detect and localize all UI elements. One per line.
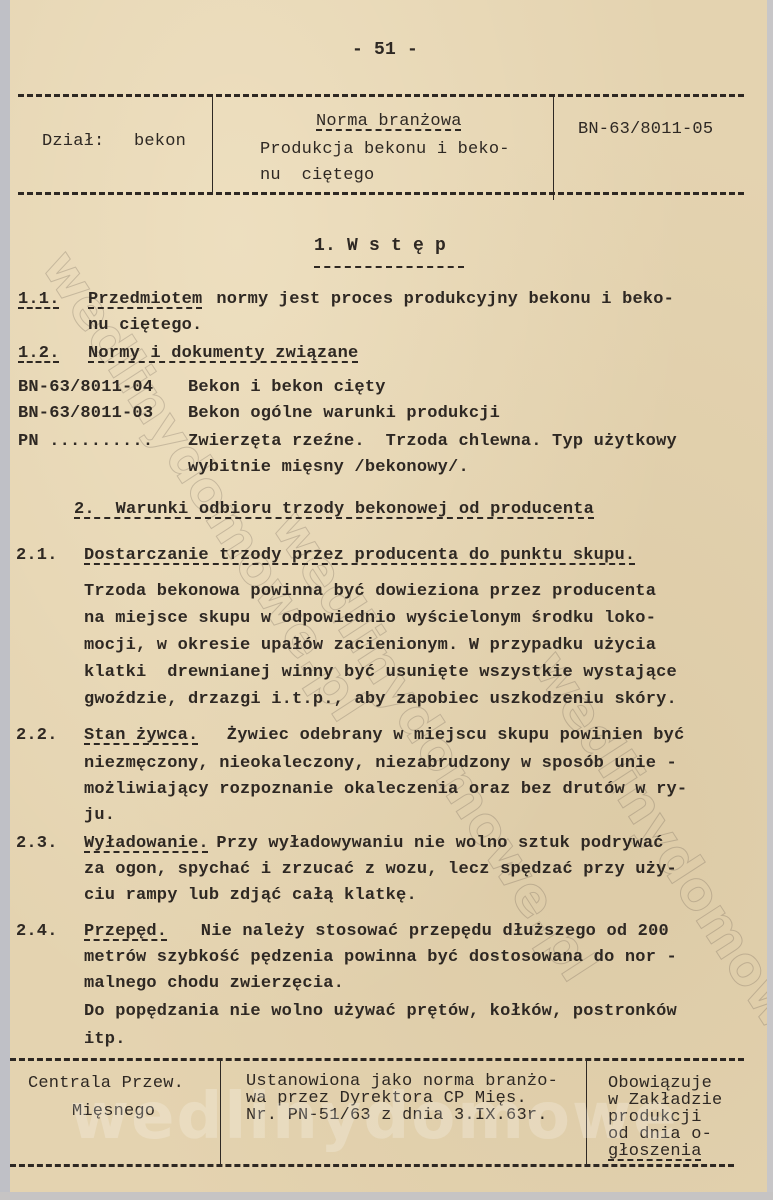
header-divider: [553, 94, 554, 200]
item-2-1-text: klatki drewnianej winny być usunięte wsz…: [84, 663, 677, 683]
footer-divider: [220, 1058, 221, 1164]
item-2-1-title: Dostarczanie trzody przez producenta do …: [84, 546, 635, 566]
scan-edge-right: [767, 0, 773, 1200]
item-2-2-text: Żywiec odebrany w miejscu skupu powinien…: [206, 726, 684, 746]
item-2-1-text: na miejsce skupu w odpowiednio wyścielon…: [84, 609, 656, 629]
established-line: wa przez Dyrektora CP Mięs.: [246, 1091, 527, 1107]
footer-divider: [586, 1058, 587, 1164]
section-1-heading-underline: [314, 266, 464, 268]
item-1-1-lead: Przedmiotem: [88, 290, 202, 310]
section-1-heading: 1. W s t ę p: [314, 236, 446, 256]
item-1-2-number: 1.2.: [18, 344, 60, 364]
item-1-1-text: normy jest proces produkcyjny bekonu i b…: [206, 290, 674, 310]
header-bottom-rule: [18, 192, 744, 195]
item-2-4-text: Do popędzania nie wolno używać prętów, k…: [84, 1002, 677, 1022]
item-2-3-text: za ogon, spychać i zrzucać z wozu, lecz …: [84, 860, 677, 880]
item-2-4-title: Przepęd.: [84, 922, 167, 942]
diagonal-watermark: wedlinydomowe.pl: [30, 240, 379, 732]
footer-top-rule: [10, 1058, 744, 1061]
header-divider: [212, 94, 213, 194]
section-2-heading: 2. Warunki odbioru trzody bekonowej od p…: [74, 500, 594, 520]
item-2-1-text: mocji, w okresie upałów zacienionym. W p…: [84, 636, 656, 656]
item-2-4-text: metrów szybkość pędzenia powinna być dos…: [84, 948, 677, 968]
item-1-1-number: 1.1.: [18, 290, 60, 310]
footer-bottom-rule: [10, 1164, 734, 1167]
item-2-2-text: niezmęczony, nieokaleczony, niezabrudzon…: [84, 754, 677, 774]
norm-code: BN-63/8011-05: [578, 120, 713, 140]
issuer-line2: Mięsnego: [72, 1102, 155, 1122]
effective-line: Obowiązuje: [608, 1076, 712, 1092]
related-doc-code: BN-63/8011-04: [18, 378, 153, 398]
item-2-3-title: Wyładowanie.: [84, 834, 209, 854]
effective-line: od dnia o-: [608, 1127, 712, 1143]
norm-title-line2: nu ciętego: [260, 166, 374, 186]
issuer-line1: Centrala Przew.: [28, 1074, 184, 1094]
department-value: bekon: [134, 132, 186, 152]
item-2-3-text: Przy wyładowywaniu nie wolno sztuk podry…: [206, 834, 664, 854]
scan-edge-left: [0, 0, 10, 1200]
item-2-3-number: 2.3.: [16, 834, 58, 854]
norm-type: Norma branżowa: [316, 112, 462, 132]
item-1-2-title: Normy i dokumenty związane: [88, 344, 358, 364]
effective-line: w Zakładzie: [608, 1093, 722, 1109]
related-doc-desc: Bekon i bekon cięty: [188, 378, 386, 398]
item-2-2-number: 2.2.: [16, 726, 58, 746]
related-doc-desc: Zwierzęta rzeźne. Trzoda chlewna. Typ uż…: [188, 432, 677, 452]
effective-line: produkcji: [608, 1110, 702, 1126]
diagonal-watermark: wedlinydomowe.pl: [260, 500, 609, 992]
page-number: - 51 -: [352, 40, 418, 60]
related-doc-desc: Bekon ogólne warunki produkcji: [188, 404, 500, 424]
norm-title-line1: Produkcja bekonu i beko-: [260, 140, 510, 160]
item-2-2-title: Stan żywca.: [84, 726, 198, 746]
scan-edge-bottom: [0, 1192, 773, 1200]
established-line: Ustanowiona jako norma branżo-: [246, 1074, 558, 1090]
item-2-1-number: 2.1.: [16, 546, 58, 566]
item-2-1-text: gwoździe, drzazgi i.t.p., aby zapobiec u…: [84, 690, 677, 710]
item-2-2-text: ju.: [84, 806, 115, 826]
item-2-4-text: malnego chodu zwierzęcia.: [84, 974, 344, 994]
document-page: wedlinydomowe.pl wedlinydomowe.pl wedlin…: [10, 0, 767, 1192]
related-doc-code: PN ..........: [18, 432, 153, 452]
item-2-3-text: ciu rampy lub zdjąć całą klatkę.: [84, 886, 417, 906]
item-1-1-text-cont: nu ciętego.: [88, 316, 202, 336]
item-2-1-text: Trzoda bekonowa powinna być dowieziona p…: [84, 582, 656, 602]
header-top-rule: [18, 94, 744, 97]
related-doc-code: BN-63/8011-03: [18, 404, 153, 424]
established-line: Nr. PN-51/63 z dnia 3.IX.63r.: [246, 1108, 548, 1124]
department-label: Dział:: [42, 132, 104, 152]
item-2-4-text: itp.: [84, 1030, 126, 1050]
effective-line: głoszenia: [608, 1144, 702, 1160]
related-doc-desc-cont: wybitnie mięsny /bekonowy/.: [188, 458, 469, 478]
item-2-4-text: Nie należy stosować przepędu dłuższego o…: [180, 922, 669, 942]
item-2-4-number: 2.4.: [16, 922, 58, 942]
item-2-2-text: możliwiający rozpoznanie okaleczenia ora…: [84, 780, 687, 800]
